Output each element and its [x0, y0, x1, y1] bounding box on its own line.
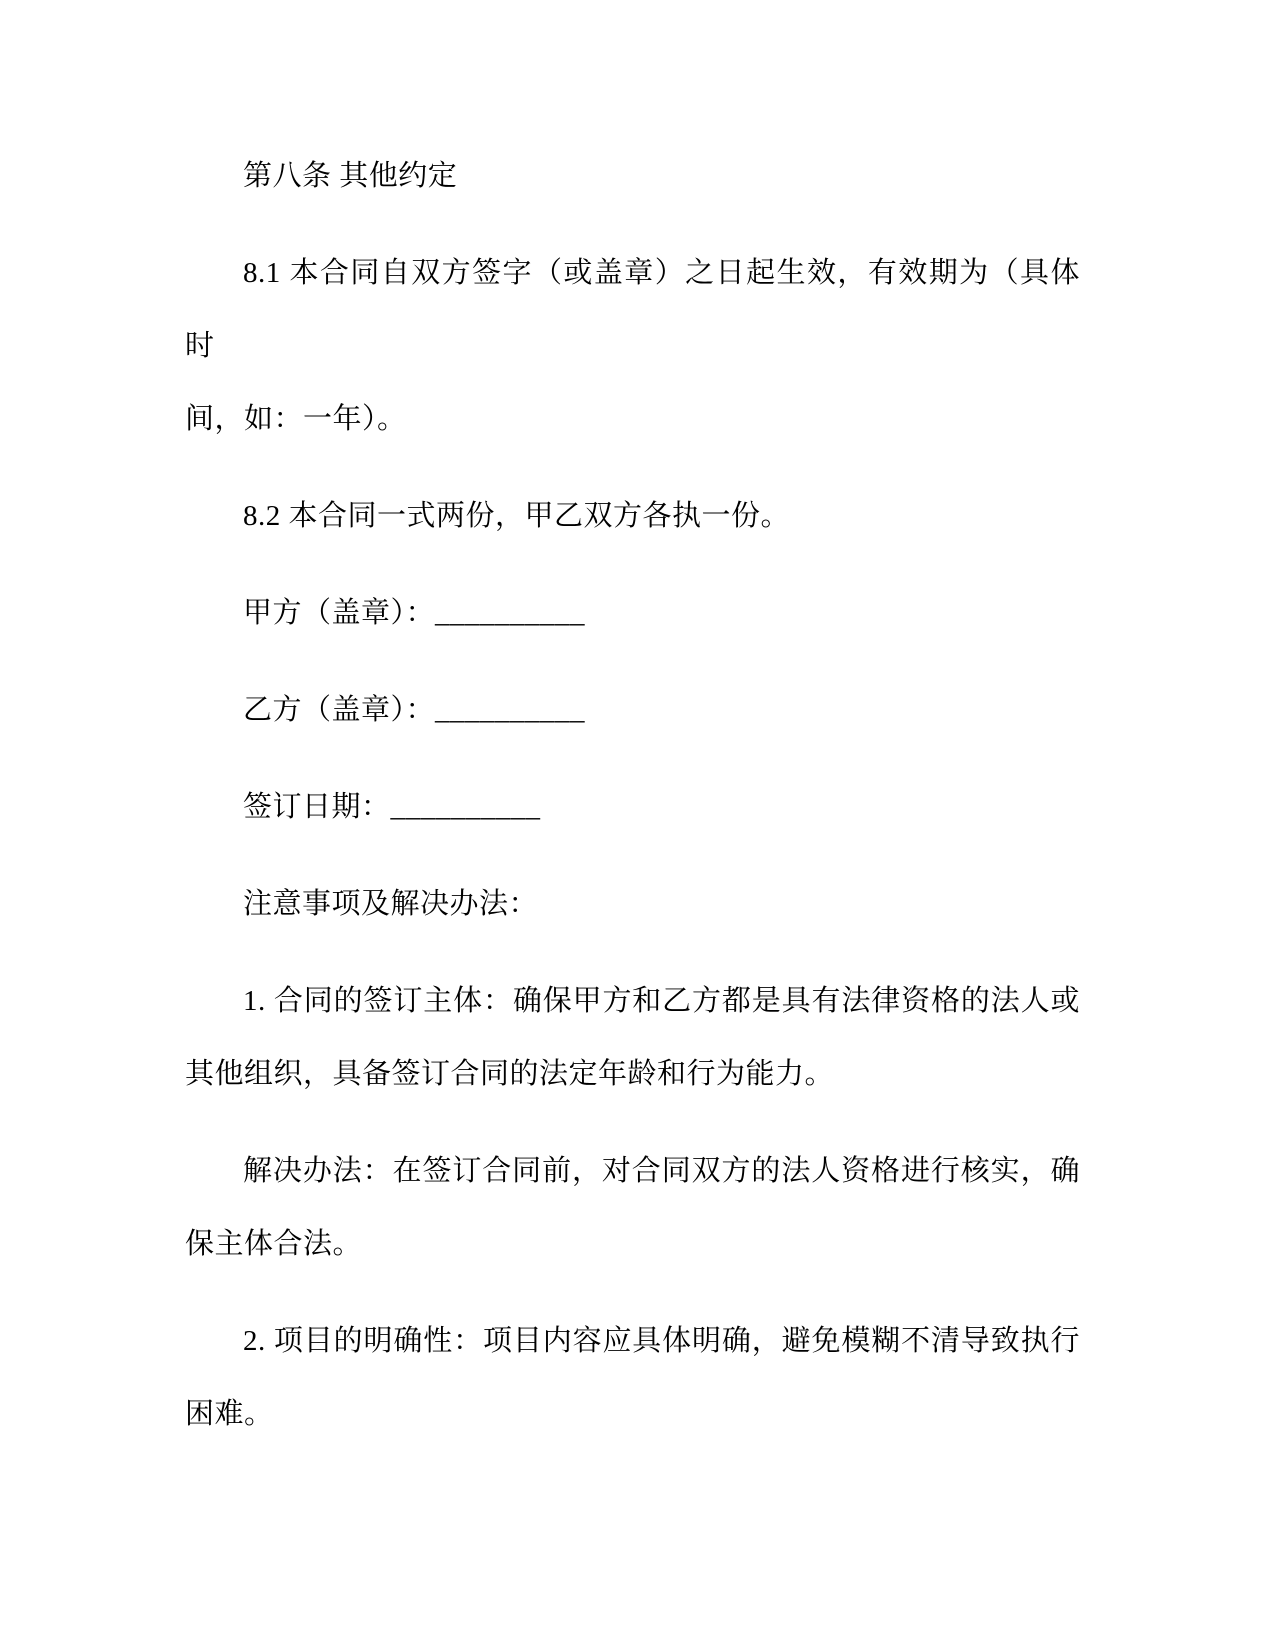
paragraph-signature-blank: 甲方（盖章）：__________ [185, 577, 1080, 650]
paragraph-body: 2. 项目的明确性：项目内容应具体明确，避免模糊不清导致执行困难。 [185, 1305, 1080, 1451]
paragraph-body: 8.1 本合同自双方签字（或盖章）之日起生效，有效期为（具体时间，如：一年）。 [185, 237, 1080, 456]
document-page: 第八条 其他约定8.1 本合同自双方签字（或盖章）之日起生效，有效期为（具体时间… [0, 0, 1275, 1650]
paragraph-body: 8.2 本合同一式两份，甲乙双方各执一份。 [185, 480, 1080, 553]
text-line: 甲方（盖章）：__________ [185, 577, 1080, 650]
text-line: 困难。 [185, 1378, 1080, 1451]
text-line: 解决办法：在签订合同前，对合同双方的法人资格进行核实，确 [185, 1135, 1080, 1208]
text-line: 签订日期：__________ [185, 771, 1080, 844]
text-line: 第八条 其他约定 [185, 140, 1080, 213]
paragraph-body: 解决办法：在签订合同前，对合同双方的法人资格进行核实，确保主体合法。 [185, 1135, 1080, 1281]
text-line: 保主体合法。 [185, 1208, 1080, 1281]
text-line: 注意事项及解决办法： [185, 868, 1080, 941]
document-content: 第八条 其他约定8.1 本合同自双方签字（或盖章）之日起生效，有效期为（具体时间… [185, 140, 1080, 1475]
text-line: 其他组织，具备签订合同的法定年龄和行为能力。 [185, 1038, 1080, 1111]
paragraph-date-blank: 签订日期：__________ [185, 771, 1080, 844]
paragraph-body: 1. 合同的签订主体：确保甲方和乙方都是具有法律资格的法人或其他组织，具备签订合… [185, 965, 1080, 1111]
text-line: 2. 项目的明确性：项目内容应具体明确，避免模糊不清导致执行 [185, 1305, 1080, 1378]
text-line: 8.2 本合同一式两份，甲乙双方各执一份。 [185, 480, 1080, 553]
text-line: 间，如：一年）。 [185, 383, 1080, 456]
text-line: 8.1 本合同自双方签字（或盖章）之日起生效，有效期为（具体时 [185, 237, 1080, 383]
text-line: 乙方（盖章）：__________ [185, 674, 1080, 747]
text-line: 1. 合同的签订主体：确保甲方和乙方都是具有法律资格的法人或 [185, 965, 1080, 1038]
paragraph-signature-blank: 乙方（盖章）：__________ [185, 674, 1080, 747]
paragraph-body: 注意事项及解决办法： [185, 868, 1080, 941]
paragraph-heading: 第八条 其他约定 [185, 140, 1080, 213]
